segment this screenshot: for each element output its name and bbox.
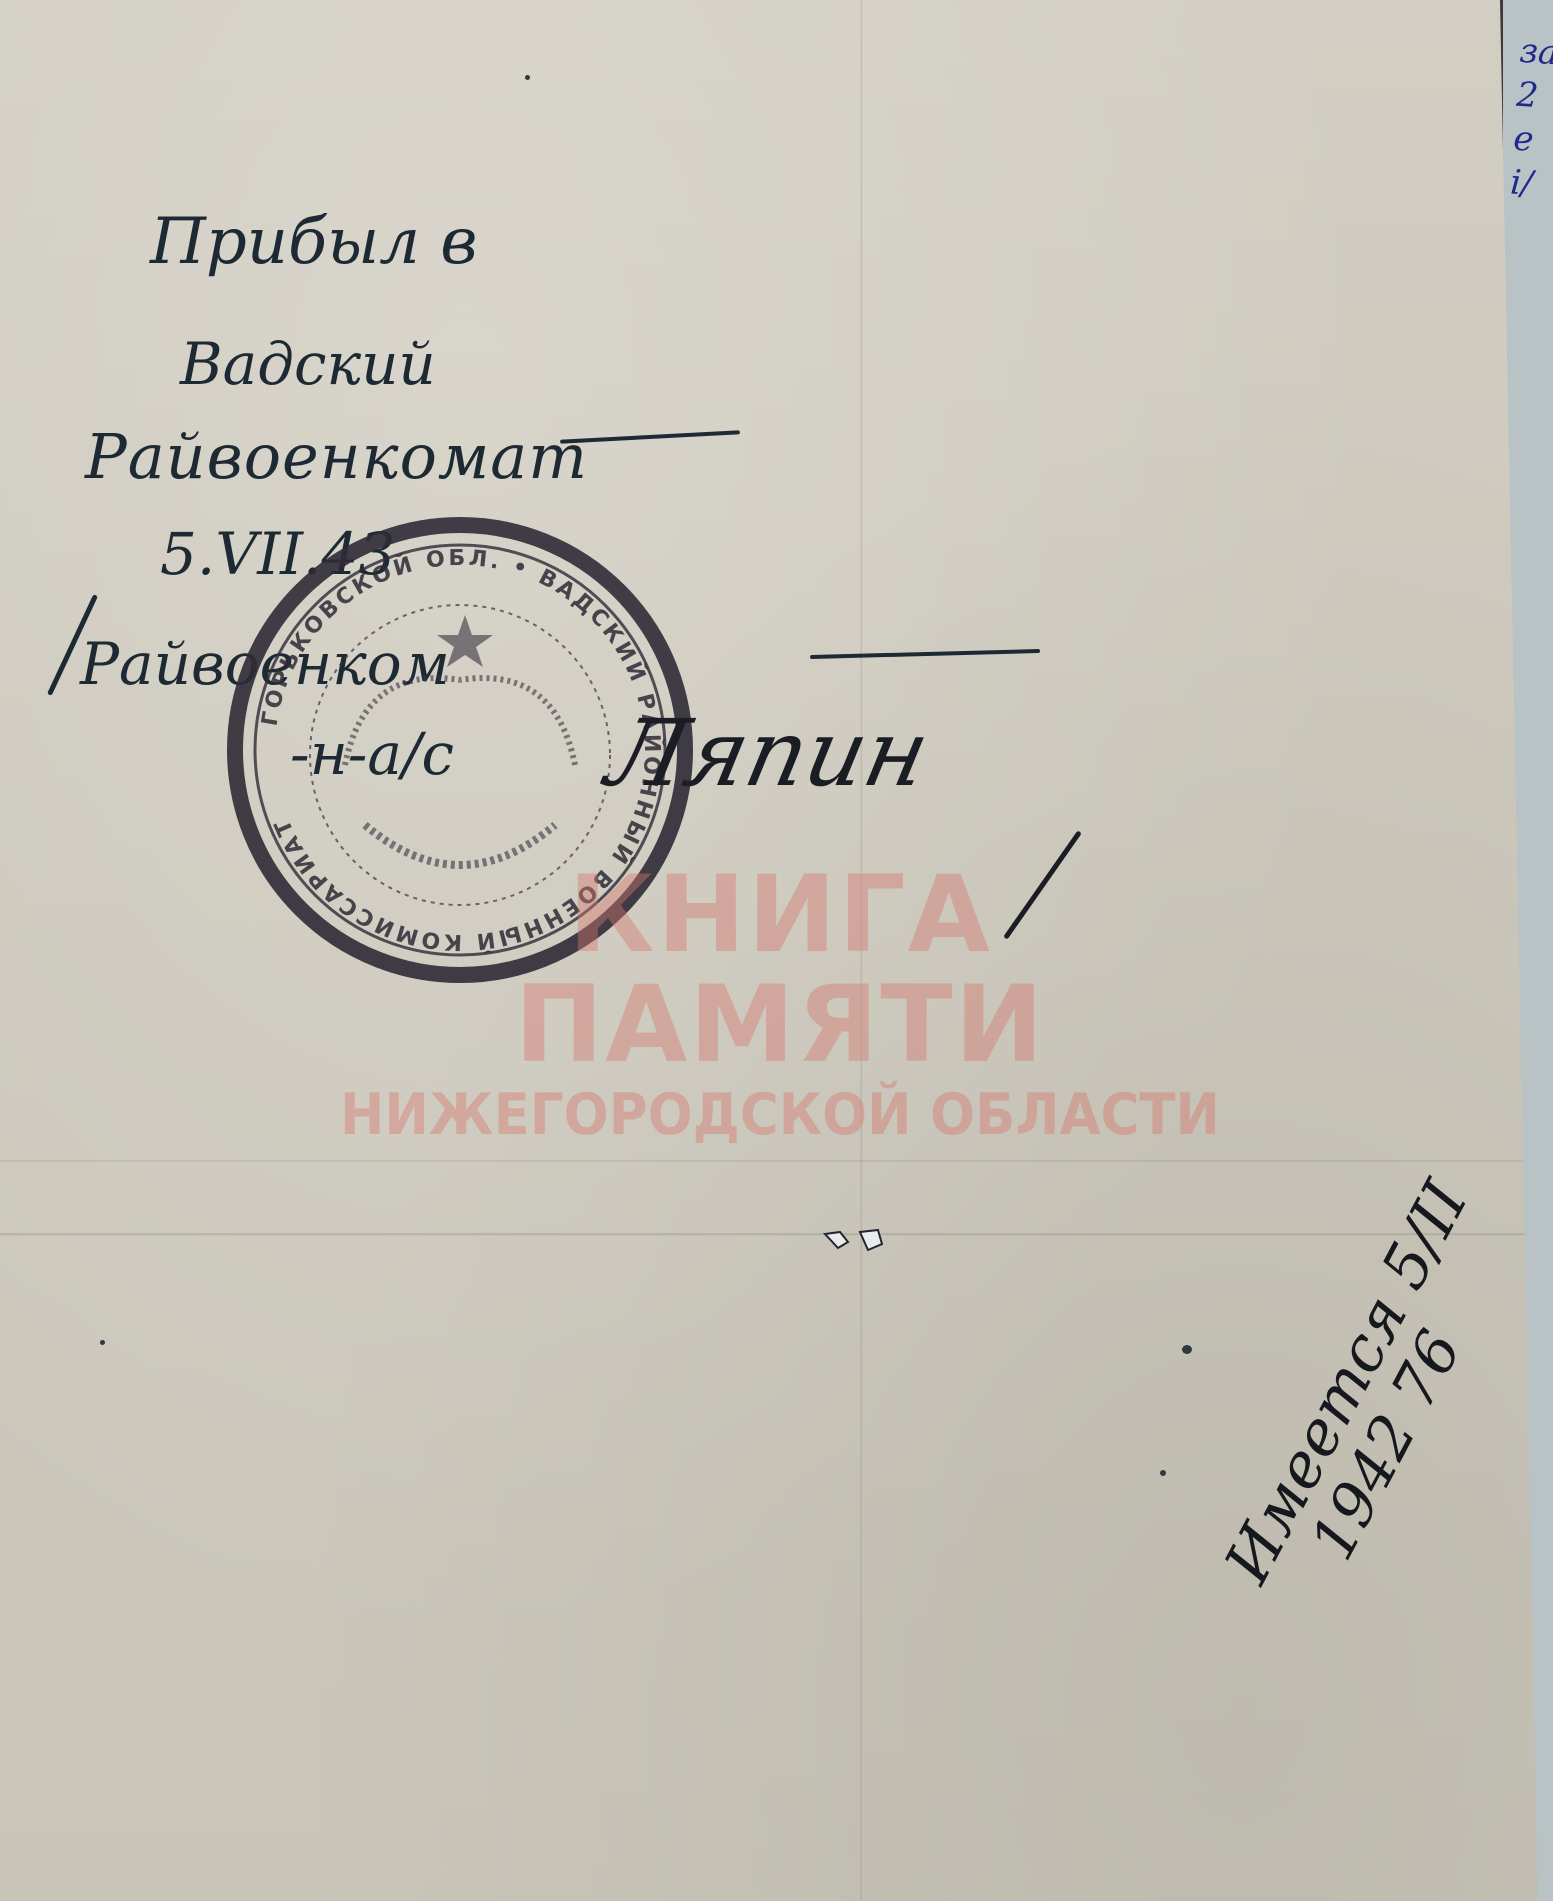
note-line-office: Райвоенкомат xyxy=(85,420,588,493)
ink-speck xyxy=(100,1340,105,1345)
note-line-district: Вадский xyxy=(180,330,436,398)
horizontal-crease xyxy=(0,1160,1553,1162)
state-emblem-icon xyxy=(345,615,575,865)
ink-speck xyxy=(1182,1345,1192,1354)
paper-tear xyxy=(820,1228,890,1256)
ink-speck xyxy=(525,75,530,80)
svg-text:ГОРЬКОВСКОЙ ОБЛ. • ВАДСКИЙ РАЙ: ГОРЬКОВСКОЙ ОБЛ. • ВАДСКИЙ РАЙОННЫЙ ВОЕН… xyxy=(258,546,666,955)
vertical-fold-line xyxy=(860,0,863,1901)
note-line-arrived: Прибыл в xyxy=(150,205,478,279)
ink-speck xyxy=(1160,1470,1166,1476)
horizontal-fold-line xyxy=(0,1232,1553,1236)
signature: Ляпин xyxy=(599,700,939,807)
